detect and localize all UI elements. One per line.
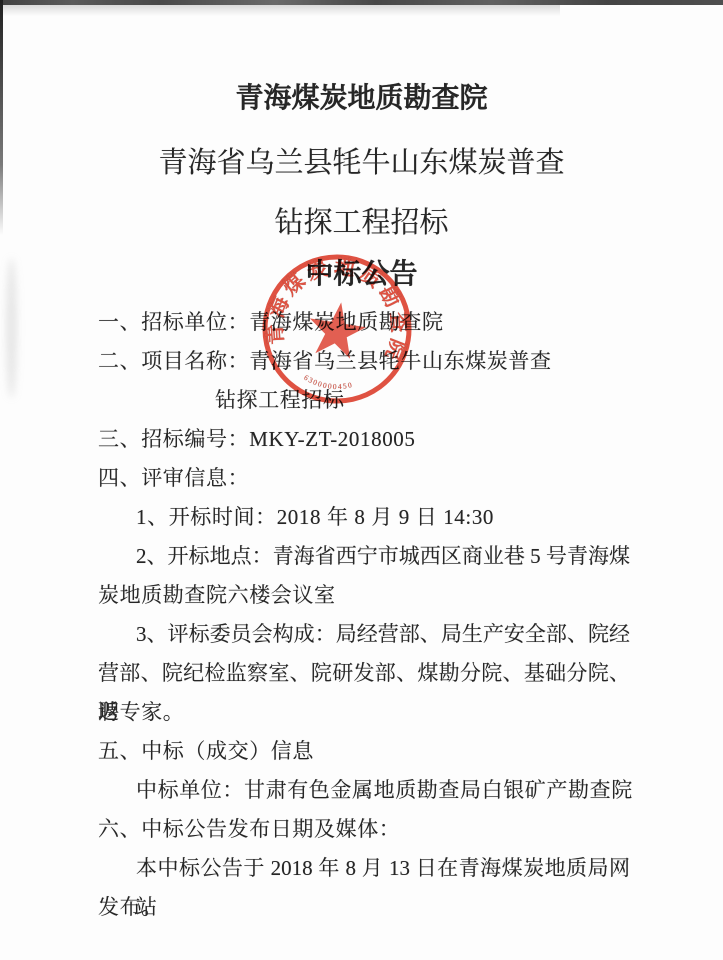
document-line: 五、中标（成交）信息	[98, 732, 630, 771]
document-page: 青海煤炭地质勘查院 青海省乌兰县牦牛山东煤炭普查 钻探工程招标 中标公告 一、招…	[0, 0, 723, 960]
document-body: 一、招标单位：青海煤炭地质勘查院二、项目名称：青海省乌兰县牦牛山东煤炭普查钻探工…	[98, 303, 630, 927]
document-line: 发布。	[98, 888, 630, 927]
document-title-project-line2: 钻探工程招标	[0, 206, 723, 240]
document-line: 三、招标编号：MKY-ZT-2018005	[98, 420, 630, 459]
document-line: 二、项目名称：青海省乌兰县牦牛山东煤炭普查	[98, 342, 630, 381]
document-line: 聘专家。	[98, 693, 630, 732]
document-line: 六、中标公告发布日期及媒体：	[98, 810, 630, 849]
document-line: 钻探工程招标	[98, 381, 630, 420]
document-line: 3、评标委员会构成：局经营部、局生产安全部、院经	[98, 615, 630, 654]
document-line: 本中标公告于 2018 年 8 月 13 日在青海煤炭地质局网站	[98, 849, 630, 888]
document-line: 中标单位：甘肃有色金属地质勘查局白银矿产勘查院	[98, 771, 630, 810]
scan-artifact-left-smudge	[6, 258, 17, 398]
document-title-org: 青海煤炭地质勘查院	[0, 0, 723, 116]
scan-artifact-top-smudge	[0, 5, 560, 16]
scan-artifact-left-edge	[0, 0, 3, 235]
document-heading-award-announcement: 中标公告	[0, 258, 723, 292]
document-line: 2、开标地点：青海省西宁市城西区商业巷 5 号青海煤	[98, 537, 630, 576]
document-line: 四、评审信息：	[98, 459, 630, 498]
document-line: 一、招标单位：青海煤炭地质勘查院	[98, 303, 630, 342]
document-title-project: 青海省乌兰县牦牛山东煤炭普查	[0, 146, 723, 180]
document-line: 炭地质勘查院六楼会议室	[98, 576, 630, 615]
document-line: 1、开标时间：2018 年 8 月 9 日 14:30	[98, 498, 630, 537]
document-line: 营部、院纪检监察室、院研发部、煤勘分院、基础分院、返	[98, 654, 630, 693]
